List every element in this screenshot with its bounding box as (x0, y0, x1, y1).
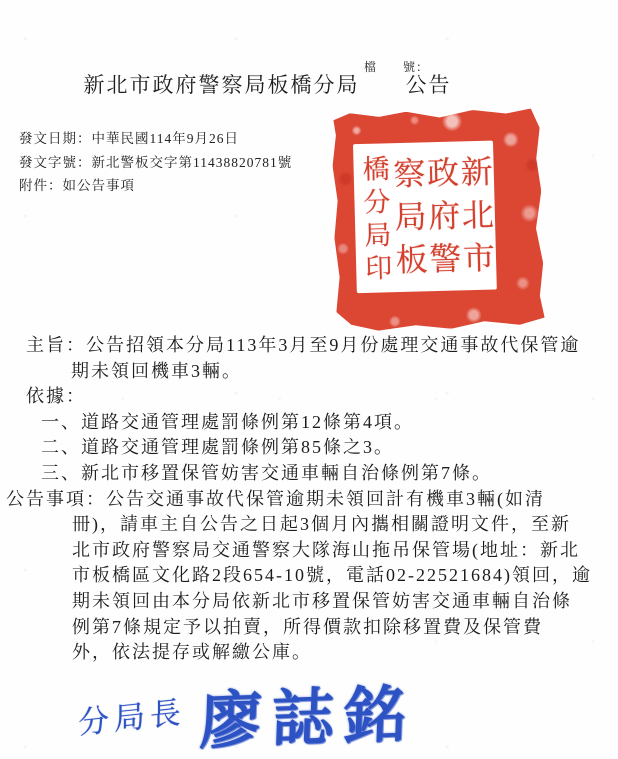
attachment-line: 附件：如公告事項 (19, 174, 292, 198)
document-page: 檔 號： 保存年限： 新北市政府警察局板橋分局 公告 發文日期：中華民國114年… (0, 0, 618, 759)
reference-number-line: 發文字號：新北警板交字第11438820781號 (19, 151, 292, 175)
seal-column: 新北市 (457, 143, 494, 289)
body-line-subject: 主旨：公告招領本分局113年3月至9月份處理交通事故代保管逾 (0, 333, 618, 359)
seal-inner-face: 新北市 政府警 察局板 橋分局印 (353, 141, 497, 294)
body-line-basis-item: 二、道路交通管理處罰條例第85條之3。 (0, 435, 618, 461)
signature-rank-title: 分局長 (78, 686, 185, 743)
body-line-announcement: 公告事項：公告交通事故代保管逾期未領回計有機車3輛(如清 (0, 487, 618, 513)
official-seal-stamp: 新北市 政府警 察局板 橋分局印 (331, 108, 545, 331)
seal-column: 察局板 (390, 144, 427, 290)
seal-column: 政府警 (423, 143, 460, 289)
body-line: 北市政府警察局交通警察大隊海山拖吊保管場(地址：新北 (0, 538, 618, 564)
issue-meta-block: 發文日期：中華民國114年9月26日 發文字號：新北警板交字第114388207… (19, 127, 292, 198)
body-line-basis-item: 三、新北市移置保管妨害交通車輛自治條例第7條。 (0, 461, 618, 487)
body-line: 期未領回機車3輛。 (0, 359, 618, 385)
body-line: 冊)，請車主自公告之日起3個月內攜相關證明文件，至新 (0, 512, 618, 538)
announcement-body: 主旨：公告招領本分局113年3月至9月份處理交通事故代保管逾 期未領回機車3輛。… (0, 333, 618, 666)
signature-name: 廖誌銘 (199, 664, 418, 759)
body-line: 例第7條規定予以拍賣，所得價款扣除移置費及保管費 (0, 615, 618, 641)
body-line: 外，依法提存或解繳公庫。 (0, 640, 618, 666)
body-line-basis-label: 依據： (0, 384, 618, 410)
body-line: 市板橋區文化路2段654-10號，電話02-22521684)領回，逾 (0, 563, 618, 589)
issue-date-line: 發文日期：中華民國114年9月26日 (19, 127, 292, 151)
body-line: 期未領回由本分局依新北市移置保管妨害交通車輛自治條 (0, 589, 618, 615)
signature-block: 分局長 廖誌銘 (78, 664, 416, 757)
seal-column: 橋分局印 (356, 145, 393, 291)
document-title: 新北市政府警察局板橋分局 公告 (0, 69, 535, 99)
body-line-basis-item: 一、道路交通管理處罰條例第12條第4項。 (0, 410, 618, 436)
